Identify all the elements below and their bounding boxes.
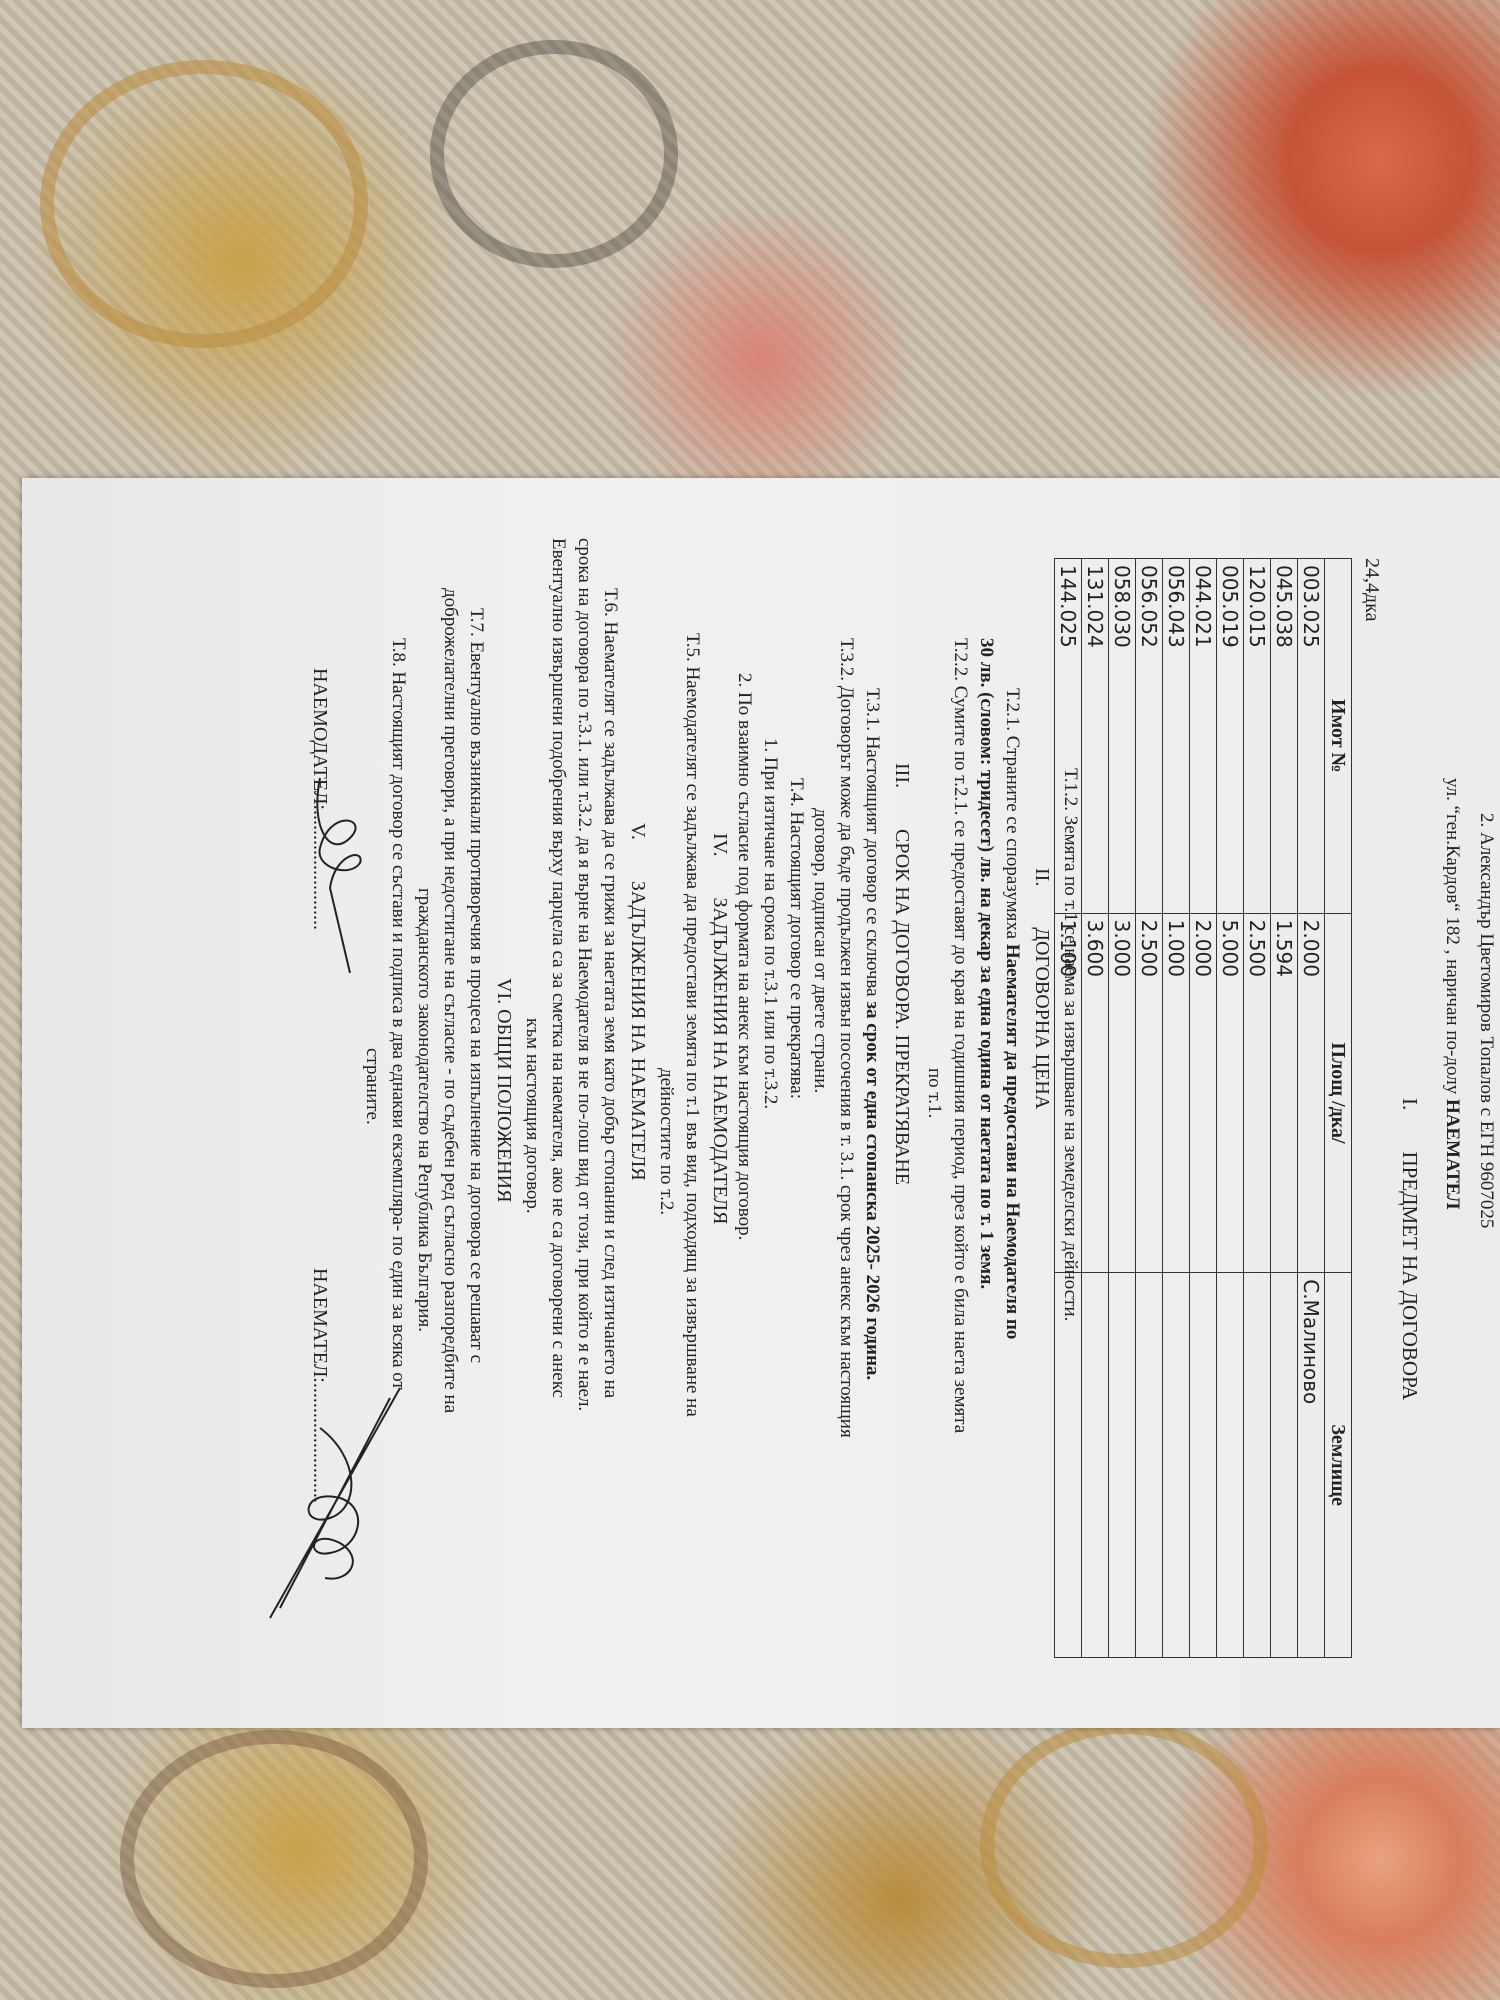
section-number: V. <box>627 823 649 840</box>
section-number: IV. <box>709 833 731 857</box>
clause-4: Т.4. Настоящият договор се прекратява: <box>787 778 806 1099</box>
clause-1-2: Т.1.2. Земята по т.1 се наема за извършв… <box>1061 768 1080 1321</box>
table-cell: 1.000 <box>1163 913 1190 1273</box>
table-cell <box>1109 1273 1136 1658</box>
party-role: НАЕМАТЕЛ <box>1442 1099 1463 1209</box>
section-title: ПРЕДМЕТ НА ДОГОВОРА <box>1398 1152 1422 1401</box>
table-cell: 2.000 <box>1298 913 1325 1273</box>
section-1-heading: I. ПРЕДМЕТ НА ДОГОВОРА <box>1399 1098 1420 1400</box>
table-cell: С.Малиново <box>1298 1273 1325 1658</box>
tablecloth-ornament <box>430 40 678 268</box>
clause-6-cont-3: към настоящия договор. <box>523 1018 542 1214</box>
clause-2-1: Т.2.1. Страните се споразумяха Наемателя… <box>1003 688 1022 1339</box>
clause-2-1-price: 30 лв. (словом: тридесет) лв. на декар з… <box>977 638 996 1289</box>
clause-2-2-cont: по т.1. <box>925 1068 944 1118</box>
contract-paper-sheet: 2. Александър Цветомиров Топалов с ЕГН 9… <box>22 478 1500 1728</box>
clause-3-1: Т.3.1. Настоящият договор се сключва за … <box>863 688 882 1380</box>
clause-text-bold: за срок от една стопанска 2025- 2026 год… <box>862 1001 883 1380</box>
table-row: 003.0252.000С.Малиново <box>1298 559 1325 1658</box>
section-4-heading: IV. ЗАДЪЛЖЕНИЯ НА НАЕМОДАТЕЛЯ <box>710 833 730 1224</box>
section-3-heading: III. СРОК НА ДОГОВОРА. ПРЕКРАТЯВАНЕ <box>892 763 912 1185</box>
section-number: I. <box>1398 1098 1422 1110</box>
section-title: ЗАДЪЛЖЕНИЯ НА НАЕМАТЕЛЯ <box>627 881 649 1181</box>
table-cell: 2.500 <box>1136 913 1163 1273</box>
column-header: Имот № <box>1325 559 1352 914</box>
tablecloth-ornament <box>120 1730 428 1988</box>
table-cell: 1.594 <box>1271 913 1298 1273</box>
table-cell: 045.038 <box>1271 559 1298 914</box>
clause-4-2: 2. По взаимно съгласие под формата на ан… <box>735 673 754 1240</box>
table-cell <box>1163 1273 1190 1658</box>
section-6-heading: VI. ОБЩИ ПОЛОЖЕНИЯ <box>494 978 514 1202</box>
table-row: 056.0431.000 <box>1163 559 1190 1658</box>
table-cell: 056.052 <box>1136 559 1163 914</box>
clause-text: Т.2.1. Страните се споразумяха <box>1002 688 1023 944</box>
total-area: 24,4дка <box>1362 558 1382 621</box>
tablecloth-ornament <box>980 1720 1268 1968</box>
section-title: ЗАДЪЛЖЕНИЯ НА НАЕМОДАТЕЛЯ <box>709 898 731 1225</box>
table-cell: 005.019 <box>1217 559 1244 914</box>
table-cell <box>1136 1273 1163 1658</box>
table-row: 045.0381.594 <box>1271 559 1298 1658</box>
table-row: 056.0522.500 <box>1136 559 1163 1658</box>
clause-text: Т.3.1. Настоящият договор се сключва <box>862 688 883 1001</box>
land-plots-table: Имот №Площ /дка/Землище 003.0252.000С.Ма… <box>1054 558 1352 1658</box>
section-title: СРОК НА ДОГОВОРА. ПРЕКРАТЯВАНЕ <box>891 829 913 1185</box>
clause-text-bold: Наемателят да предостави на Наемодателя … <box>1002 944 1023 1340</box>
table-cell <box>1244 1273 1271 1658</box>
section-number: III. <box>891 763 913 788</box>
table-cell <box>1190 1273 1217 1658</box>
landlord-signature-icon <box>280 768 390 988</box>
party-line-1: 2. Александър Цветомиров Топалов с ЕГН 9… <box>1477 813 1496 1228</box>
table-cell: 003.025 <box>1298 559 1325 914</box>
clause-3-2: Т.3.2. Договорът може да бъде продължен … <box>837 638 856 1438</box>
party-line-2: ул. “ген.Кардов“ 182 , наричан по-долу Н… <box>1443 778 1462 1209</box>
table-cell: 5.000 <box>1217 913 1244 1273</box>
table-cell: 3.000 <box>1109 913 1136 1273</box>
section-number: II. <box>1031 868 1053 886</box>
section-2-heading: II. ДОГОВОРНА ЦЕНА <box>1032 868 1052 1109</box>
section-title: ДОГОВОРНА ЦЕНА <box>1031 927 1053 1109</box>
table-cell: 2.000 <box>1190 913 1217 1273</box>
party-address: ул. “ген.Кардов“ 182 , наричан по-долу <box>1442 778 1463 1099</box>
clause-8: Т.8. Настоящият договор се състави и под… <box>389 638 408 1390</box>
table-cell: 131.024 <box>1082 559 1109 914</box>
table-cell: 044.021 <box>1190 559 1217 914</box>
table-cell: 058.030 <box>1109 559 1136 914</box>
table-cell: 056.043 <box>1163 559 1190 914</box>
column-header: Землище <box>1325 1273 1352 1658</box>
table-cell: 3.600 <box>1082 913 1109 1273</box>
clause-5-cont: дейностите по т.2. <box>657 1068 676 1215</box>
table-row: 131.0243.600 <box>1082 559 1109 1658</box>
tablecloth-ornament <box>40 60 368 348</box>
clause-6-cont-1: срока на договора по т.3.1. или т.3.2. д… <box>575 538 594 1411</box>
tenant-label: НАЕМАТЕЛ: <box>309 1268 331 1383</box>
table-cell <box>1055 1273 1082 1658</box>
table-row: 044.0212.000 <box>1190 559 1217 1658</box>
section-5-heading: V. ЗАДЪЛЖЕНИЯ НА НАЕМАТЕЛЯ <box>628 823 648 1181</box>
clause-7-cont-2: гражданското законодателство на Републик… <box>415 888 434 1332</box>
table-cell <box>1217 1273 1244 1658</box>
clause-4-1: 1. При изтичане на срока по т.3.1 или по… <box>761 738 780 1109</box>
table-row: 058.0303.000 <box>1109 559 1136 1658</box>
clause-6: Т.6. Наемателят се задължава да се грижи… <box>601 588 620 1398</box>
clause-6-cont-2: Евентуално извършени подобрения върху па… <box>549 538 568 1398</box>
contract-page: 2. Александър Цветомиров Топалов с ЕГН 9… <box>22 478 1500 1728</box>
table-row: 005.0195.000 <box>1217 559 1244 1658</box>
clause-2-2: Т.2.2. Сумите по т.2.1. се предоставят д… <box>951 638 970 1433</box>
table-cell <box>1271 1273 1298 1658</box>
table-cell: 2.500 <box>1244 913 1271 1273</box>
tenant-signature-icon <box>260 1368 420 1648</box>
column-header: Площ /дка/ <box>1325 913 1352 1273</box>
clause-5: Т.5. Наемодателят се задължава да предос… <box>683 633 702 1417</box>
table-cell <box>1082 1273 1109 1658</box>
clause-7-cont-1: доброжелателни преговори, а при недостиг… <box>441 588 460 1413</box>
table-cell: 120.015 <box>1244 559 1271 914</box>
clause-8-cont: страните. <box>363 1048 382 1125</box>
clause-3-2-cont: договор, подписан от двете страни. <box>811 808 830 1093</box>
clause-7: Т.7. Евентуално възникнали противоречия … <box>467 608 486 1363</box>
table-row: 120.0152.500 <box>1244 559 1271 1658</box>
